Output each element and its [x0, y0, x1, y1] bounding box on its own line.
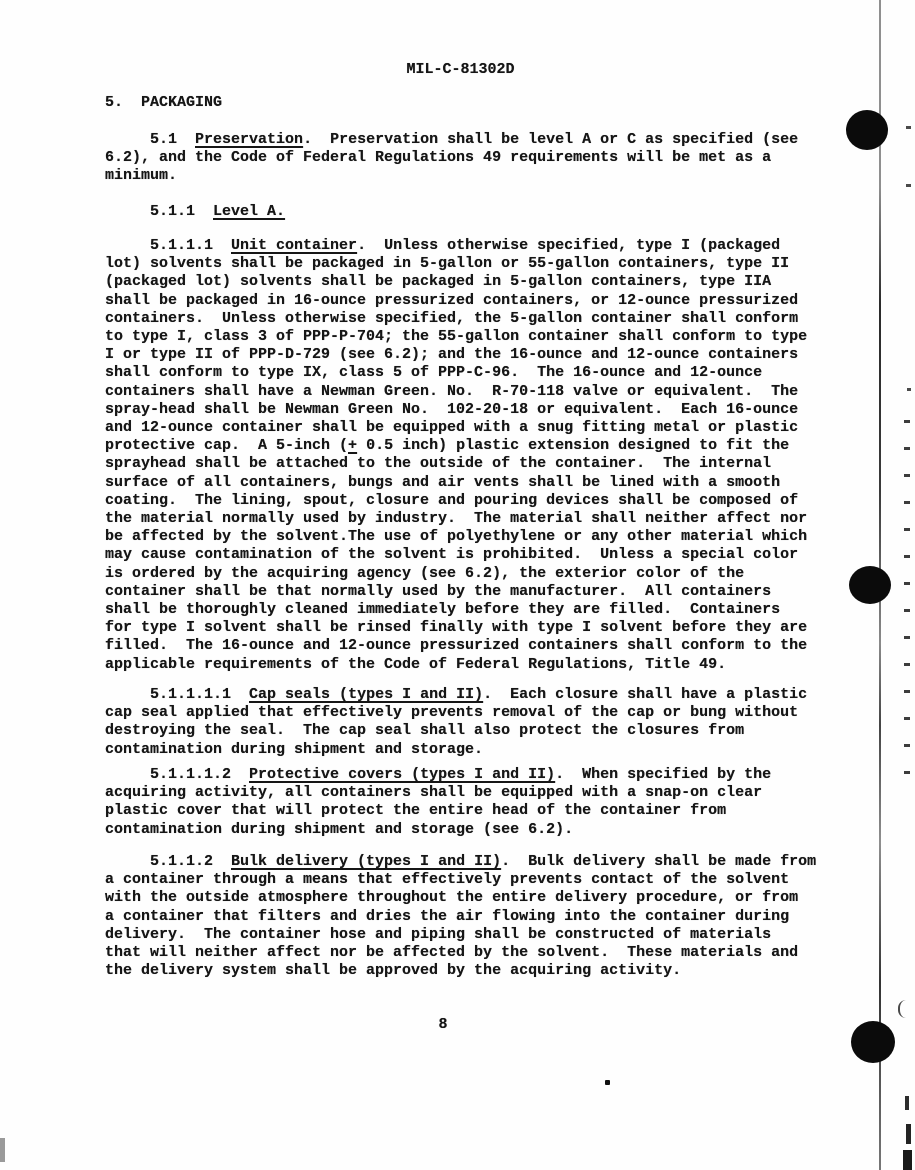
scan-edge-smudge — [906, 1124, 911, 1144]
text-run: 5.1.1.1.1 — [105, 686, 249, 703]
punch-hole-mark — [846, 110, 888, 150]
scan-tick-mark — [906, 184, 911, 187]
paragraph-unit-container: 5.1.1.1 Unit container. Unless otherwise… — [105, 237, 845, 674]
plus-minus-sign: + — [348, 437, 357, 454]
paragraph-bulk-delivery: 5.1.1.2 Bulk delivery (types I and II). … — [105, 853, 845, 980]
paragraph-protective-covers: 5.1.1.1.2 Protective covers (types I and… — [105, 766, 845, 839]
text-run: . Unless otherwise specified, type I (pa… — [105, 237, 807, 454]
text-run: 5. PACKAGING — [105, 94, 222, 111]
underlined-heading-bulk-delivery: Bulk delivery (types I and II) — [231, 853, 501, 870]
paragraph-cap-seals: 5.1.1.1.1 Cap seals (types I and II). Ea… — [105, 686, 845, 759]
scan-tick-mark — [907, 388, 911, 391]
scan-edge-smudge — [903, 1150, 912, 1170]
text-run: . Bulk delivery shall be made from a con… — [105, 853, 816, 979]
document-number: MIL-C-81302D — [105, 61, 816, 79]
underlined-heading-preservation: Preservation — [195, 131, 303, 148]
text-run: 5.1 — [105, 131, 195, 148]
scan-edge-ticks — [904, 420, 910, 798]
underlined-heading-cap-seals: Cap seals (types I and II) — [249, 686, 483, 703]
punch-hole-mark — [849, 566, 891, 604]
text-run: 5.1.1.1 — [105, 237, 231, 254]
underlined-heading-level-a: Level A. — [213, 203, 285, 220]
text-run: 0.5 inch) plastic extension designed to … — [105, 437, 807, 672]
scan-curve-mark — [898, 1000, 908, 1018]
underlined-heading-protective-covers: Protective covers (types I and II) — [249, 766, 555, 783]
scan-tick-mark — [906, 126, 911, 129]
punch-hole-mark — [851, 1021, 895, 1063]
scan-edge-smudge — [0, 1138, 5, 1162]
page-number: 8 — [105, 1016, 781, 1034]
scan-speck — [605, 1080, 610, 1085]
underlined-heading-unit-container: Unit container — [231, 237, 357, 254]
text-run: 5.1.1.1.2 — [105, 766, 249, 783]
paragraph-preservation: 5.1 Preservation. Preservation shall be … — [105, 131, 845, 186]
document-page: MIL-C-81302D 5. PACKAGING 5.1 Preservati… — [0, 0, 915, 1170]
section-heading-packaging: 5. PACKAGING — [105, 94, 845, 112]
text-run: 5.1.1 — [105, 203, 213, 220]
text-run: 5.1.1.2 — [105, 853, 231, 870]
paragraph-level-a: 5.1.1 Level A. — [105, 203, 845, 221]
scan-edge-smudge — [905, 1096, 909, 1110]
